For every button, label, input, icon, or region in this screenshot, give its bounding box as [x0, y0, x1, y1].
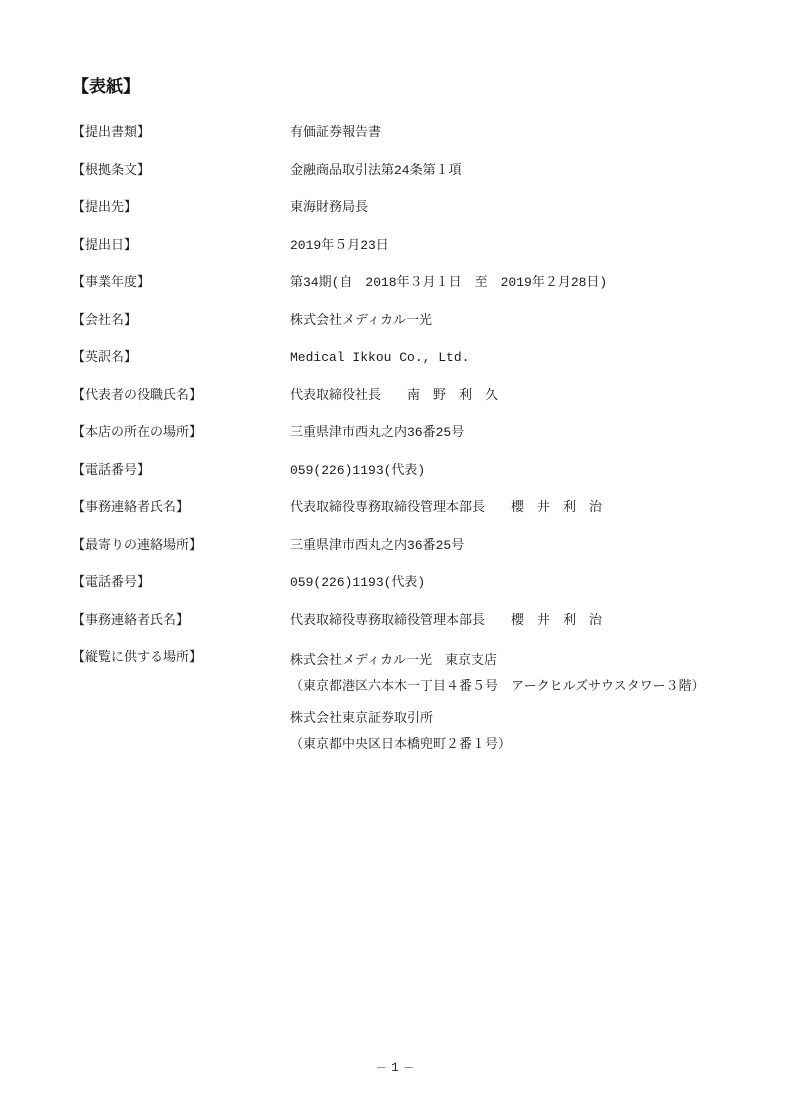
field-label: 【最寄りの連絡場所】: [72, 536, 290, 556]
field-label: 【提出日】: [72, 236, 290, 256]
field-row-administrative-contact-2: 【事務連絡者氏名】 代表取締役専務取締役管理本部長 櫻 井 利 治: [72, 611, 762, 631]
field-value: 有価証券報告書: [290, 123, 381, 143]
field-label: 【事業年度】: [72, 273, 290, 293]
field-label: 【本店の所在の場所】: [72, 423, 290, 443]
field-value: Medical Ikkou Co., Ltd.: [290, 348, 469, 368]
inspection-place-name: 株式会社東京証券取引所: [290, 706, 705, 732]
field-label: 【事務連絡者氏名】: [72, 611, 290, 631]
field-row-submitted-to: 【提出先】 東海財務局長: [72, 198, 762, 218]
field-value: 059(226)1193(代表): [290, 461, 425, 481]
field-value: 第34期(自 2018年３月１日 至 2019年２月28日): [290, 273, 607, 293]
field-value: 059(226)1193(代表): [290, 573, 425, 593]
field-row-submission-document: 【提出書類】 有価証券報告書: [72, 123, 762, 143]
field-value: 三重県津市西丸之内36番25号: [290, 423, 464, 443]
inspection-place-entry: 株式会社東京証券取引所 （東京都中央区日本橋兜町２番１号）: [290, 706, 705, 758]
field-label: 【電話番号】: [72, 461, 290, 481]
inspection-place-address: （東京都港区六本木一丁目４番５号 アークヒルズサウスタワー３階）: [290, 674, 705, 700]
page-number: 1: [385, 1060, 405, 1075]
field-label: 【根拠条文】: [72, 161, 290, 181]
field-label: 【事務連絡者氏名】: [72, 498, 290, 518]
field-label: 【会社名】: [72, 311, 290, 331]
field-value: 代表取締役専務取締役管理本部長 櫻 井 利 治: [290, 498, 602, 518]
field-value: 東海財務局長: [290, 198, 368, 218]
field-value: 代表取締役専務取締役管理本部長 櫻 井 利 治: [290, 611, 602, 631]
inspection-place-address: （東京都中央区日本橋兜町２番１号）: [290, 732, 705, 758]
field-row-nearest-contact-place: 【最寄りの連絡場所】 三重県津市西丸之内36番25号: [72, 536, 762, 556]
field-row-phone-number: 【電話番号】 059(226)1193(代表): [72, 461, 762, 481]
field-row-submission-date: 【提出日】 2019年５月23日: [72, 236, 762, 256]
field-label: 【代表者の役職氏名】: [72, 386, 290, 406]
field-label: 【提出先】: [72, 198, 290, 218]
field-label: 【縦覧に供する場所】: [72, 648, 290, 668]
field-row-administrative-contact: 【事務連絡者氏名】 代表取締役専務取締役管理本部長 櫻 井 利 治: [72, 498, 762, 518]
field-value: 三重県津市西丸之内36番25号: [290, 536, 464, 556]
inspection-place-entry: 株式会社メディカル一光 東京支店 （東京都港区六本木一丁目４番５号 アークヒルズ…: [290, 648, 705, 700]
page-footer: ―1―: [0, 1058, 790, 1078]
field-value: 金融商品取引法第24条第１項: [290, 161, 462, 181]
field-value: 株式会社メディカル一光 東京支店 （東京都港区六本木一丁目４番５号 アークヒルズ…: [290, 648, 705, 758]
footer-right-dash: ―: [405, 1060, 413, 1075]
field-row-english-name: 【英訳名】 Medical Ikkou Co., Ltd.: [72, 348, 762, 368]
field-label: 【提出書類】: [72, 123, 290, 143]
field-label: 【電話番号】: [72, 573, 290, 593]
inspection-place-name: 株式会社メディカル一光 東京支店: [290, 648, 705, 674]
footer-left-dash: ―: [377, 1060, 385, 1075]
field-value: 株式会社メディカル一光: [290, 311, 432, 331]
cover-fields: 【提出書類】 有価証券報告書 【根拠条文】 金融商品取引法第24条第１項 【提出…: [72, 123, 762, 776]
field-row-public-inspection-places: 【縦覧に供する場所】 株式会社メディカル一光 東京支店 （東京都港区六本木一丁目…: [72, 648, 762, 758]
field-row-company-name: 【会社名】 株式会社メディカル一光: [72, 311, 762, 331]
field-row-fiscal-year: 【事業年度】 第34期(自 2018年３月１日 至 2019年２月28日): [72, 273, 762, 293]
page-title: 【表紙】: [72, 78, 140, 100]
field-row-head-office-address: 【本店の所在の場所】 三重県津市西丸之内36番25号: [72, 423, 762, 443]
field-value: 2019年５月23日: [290, 236, 389, 256]
document-page: 【表紙】 【提出書類】 有価証券報告書 【根拠条文】 金融商品取引法第24条第１…: [0, 0, 790, 1118]
field-row-legal-basis: 【根拠条文】 金融商品取引法第24条第１項: [72, 161, 762, 181]
field-label: 【英訳名】: [72, 348, 290, 368]
field-row-phone-number-2: 【電話番号】 059(226)1193(代表): [72, 573, 762, 593]
field-row-representative: 【代表者の役職氏名】 代表取締役社長 南 野 利 久: [72, 386, 762, 406]
field-value: 代表取締役社長 南 野 利 久: [290, 386, 498, 406]
